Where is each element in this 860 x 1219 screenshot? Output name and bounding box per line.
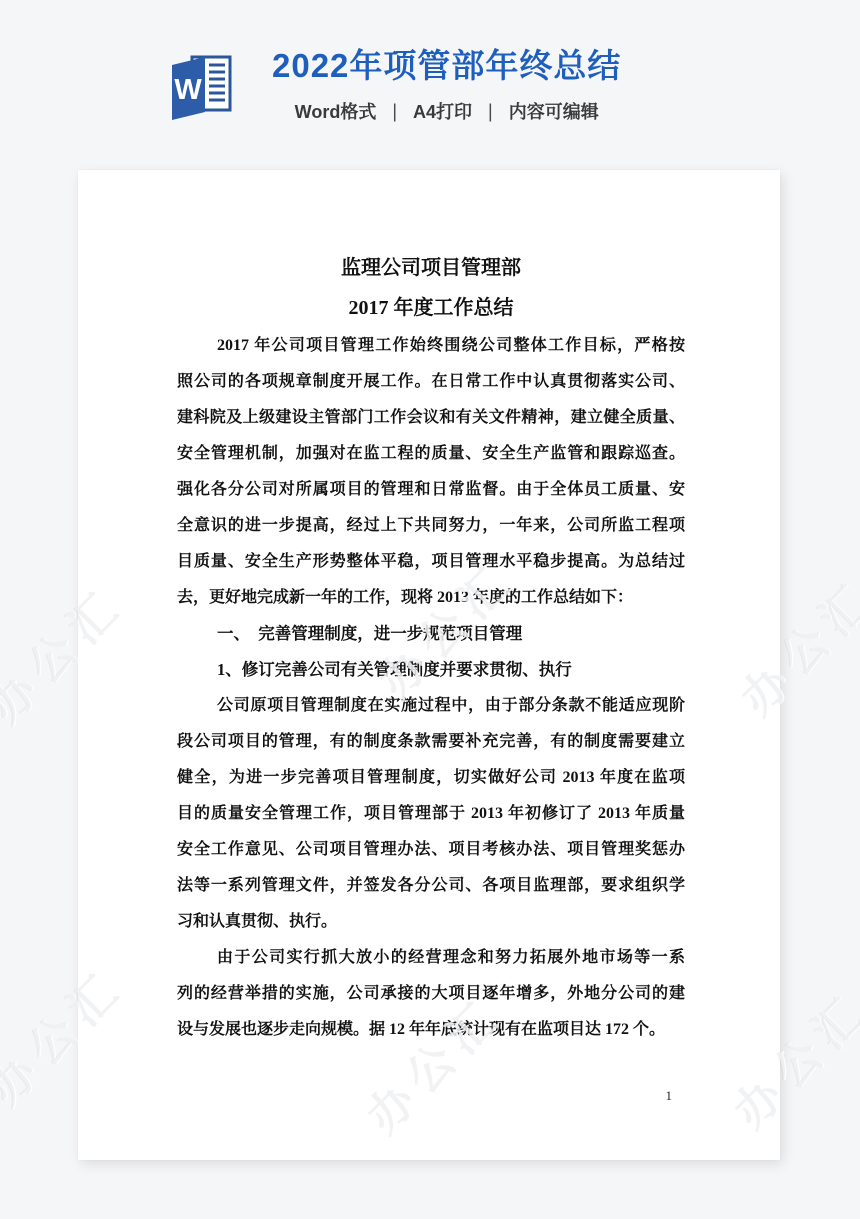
sub-heading: 1、修订完善公司有关管理制度并要求贯彻、执行 <box>177 652 685 688</box>
paragraph-1: 2017 年公司项目管理工作始终围绕公司整体工作目标，严格按 照公司的各项规章制… <box>177 328 685 616</box>
paragraph-3: 由于公司实行抓大放小的经营理念和努力拓展外地市场等一系 列的经营举措的实施，公司… <box>177 940 685 1048</box>
meta-print: A4打印 <box>413 98 472 124</box>
doc-line: 由于公司实行抓大放小的经营理念和努力拓展外地市场等一系 <box>177 940 685 976</box>
doc-line: 去，更好地完成新一年的工作，现将 2013 年度的工作总结如下： <box>177 580 685 616</box>
doc-line: 目质量、安全生产形势整体平稳，项目管理水平稳步提高。为总结过 <box>177 544 685 580</box>
meta-separator: | <box>488 99 493 122</box>
doc-line: 全意识的进一步提高，经过上下共同努力，一年来，公司所监工程项 <box>177 508 685 544</box>
doc-line: 照公司的各项规章制度开展工作。在日常工作中认真贯彻落实公司、 <box>177 364 685 400</box>
doc-meta: Word格式 | A4打印 | 内容可编辑 <box>295 98 599 124</box>
doc-line: 健全，为进一步完善项目管理制度，切实做好公司 2013 年度在监项 <box>177 760 685 796</box>
doc-line: 强化各分公司对所属项目的管理和日常监督。由于全体员工质量、安 <box>177 472 685 508</box>
doc-line: 安全工作意见、公司项目管理办法、项目考核办法、项目管理奖惩办 <box>177 832 685 868</box>
document-body: 监理公司项目管理部 2017 年度工作总结 2017 年公司项目管理工作始终围绕… <box>78 170 780 1048</box>
doc-line: 安全管理机制，加强对在监工程的质量、安全生产监管和跟踪巡查。 <box>177 436 685 472</box>
document-page: 监理公司项目管理部 2017 年度工作总结 2017 年公司项目管理工作始终围绕… <box>78 170 780 1160</box>
doc-line: 段公司项目的管理，有的制度条款需要补充完善，有的制度需要建立 <box>177 724 685 760</box>
doc-title-line: 2017 年度工作总结 <box>177 288 685 328</box>
section-heading: 一、 完善管理制度，进一步规范项目管理 <box>177 616 685 652</box>
doc-line: 公司原项目管理制度在实施过程中，由于部分条款不能适应现阶 <box>177 688 685 724</box>
doc-line: 建科院及上级建设主管部门工作会议和有关文件精神，建立健全质量、 <box>177 400 685 436</box>
doc-line: 目的质量安全管理工作，项目管理部于 2013 年初修订了 2013 年质量 <box>177 796 685 832</box>
doc-line: 法等一系列管理文件，并签发各分公司、各项目监理部，要求组织学 <box>177 868 685 904</box>
meta-format: Word格式 <box>295 98 377 124</box>
word-icon-letter: W <box>174 74 202 106</box>
header: W 2022年项管部年终总结 Word格式 | A4打印 | 内容可编辑 <box>168 46 621 124</box>
word-icon: W <box>168 48 234 122</box>
paragraph-2: 公司原项目管理制度在实施过程中，由于部分条款不能适应现阶 段公司项目的管理，有的… <box>177 688 685 940</box>
doc-title-line: 监理公司项目管理部 <box>177 248 685 288</box>
doc-line: 列的经营举措的实施，公司承接的大项目逐年增多，外地分公司的建 <box>177 976 685 1012</box>
doc-line: 2017 年公司项目管理工作始终围绕公司整体工作目标，严格按 <box>177 328 685 364</box>
page-title: 2022年项管部年终总结 <box>272 46 621 86</box>
meta-separator: | <box>392 99 397 122</box>
page-number: 1 <box>666 1088 673 1104</box>
meta-editable: 内容可编辑 <box>509 98 599 124</box>
doc-line: 习和认真贯彻、执行。 <box>177 904 685 940</box>
doc-line: 设与发展也逐步走向规模。据 12 年年底统计现有在监项目达 172 个。 <box>177 1012 685 1048</box>
